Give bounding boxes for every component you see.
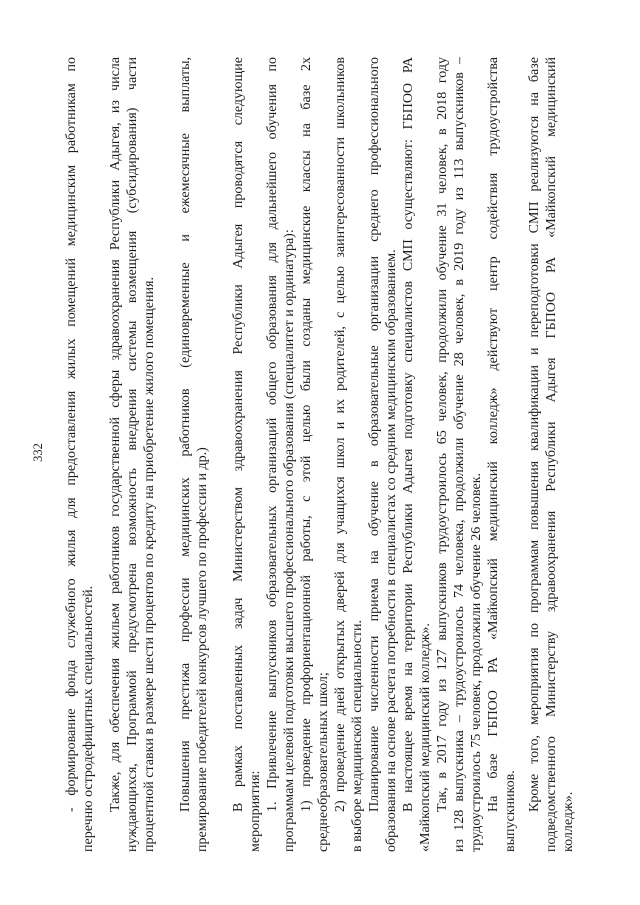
document-body: - формирование фонда служебного жилья дл…: [63, 57, 577, 852]
text-line: «Майкопский медицинский колледж».: [417, 57, 434, 852]
text-line: образования на основе расчета потребност…: [383, 57, 400, 852]
paragraph: Кроме того, мероприятия по программам по…: [526, 57, 577, 852]
text-line: Планирование численности приема на обуче…: [366, 57, 383, 852]
text-line: мероприятия:: [247, 57, 264, 852]
paragraph: На базе ГБПОО РА «Майкопский медицинский…: [485, 57, 519, 852]
text-line: перечню остродефицитных специальностей.: [80, 57, 97, 852]
text-line: выпускников.: [502, 57, 519, 852]
text-line: премирование победителей конкурсов лучше…: [194, 57, 211, 852]
text-line: 1) проведение профориентационной работы,…: [298, 57, 315, 852]
paragraph: Планирование численности приема на обуче…: [366, 57, 400, 852]
text-line: программам целевой подготовки высшего пр…: [281, 57, 298, 852]
text-line: - формирование фонда служебного жилья дл…: [63, 57, 80, 852]
text-line: 1. Привлечение выпускников образовательн…: [264, 57, 281, 852]
text-line: среднеобразовательных школ;: [315, 57, 332, 852]
text-line: Так, в 2017 году из 127 выпускников труд…: [434, 57, 451, 852]
paragraph: В рамках поставленных задач Министерство…: [230, 57, 264, 852]
text-line: из 128 выпускника – трудоустроилось 74 ч…: [451, 57, 468, 852]
paragraph: В настоящее время на территории Республи…: [400, 57, 434, 852]
text-line: В настоящее время на территории Республи…: [400, 57, 417, 852]
paragraph: 2) проведение дней открытых дверей для у…: [332, 57, 366, 852]
document-page: 332 - формирование фонда служебного жиль…: [0, 0, 640, 905]
text-line: процентной ставки в размере шести процен…: [141, 57, 158, 852]
rotated-page-content: 332 - формирование фонда служебного жиль…: [0, 0, 640, 905]
paragraph: 1. Привлечение выпускников образовательн…: [264, 57, 298, 852]
text-line: 2) проведение дней открытых дверей для у…: [332, 57, 349, 852]
text-line: Повышения престижа профессии медицинских…: [177, 57, 194, 852]
page-number: 332: [31, 0, 45, 905]
text-line: На базе ГБПОО РА «Майкопский медицинский…: [485, 57, 502, 852]
text-line: В рамках поставленных задач Министерство…: [230, 57, 247, 852]
paragraph: Так, в 2017 году из 127 выпускников труд…: [434, 57, 485, 852]
text-line: в выборе медицинской специальности.: [349, 57, 366, 852]
text-line: подведомственного Министерству здравоохр…: [543, 57, 560, 852]
text-line: колледж».: [560, 57, 577, 852]
paragraph: 1) проведение профориентационной работы,…: [298, 57, 332, 852]
text-line: Также, для обеспечения жильем работников…: [107, 57, 124, 852]
paragraph: Повышения престижа профессии медицинских…: [177, 57, 211, 852]
text-line: нуждающихся, Программой предусмотрена во…: [124, 57, 141, 852]
text-line: трудоустроилось 75 человек, продолжили о…: [468, 57, 485, 852]
paragraph: - формирование фонда служебного жилья дл…: [63, 57, 97, 852]
text-line: Кроме того, мероприятия по программам по…: [526, 57, 543, 852]
paragraph: Также, для обеспечения жильем работников…: [107, 57, 158, 852]
